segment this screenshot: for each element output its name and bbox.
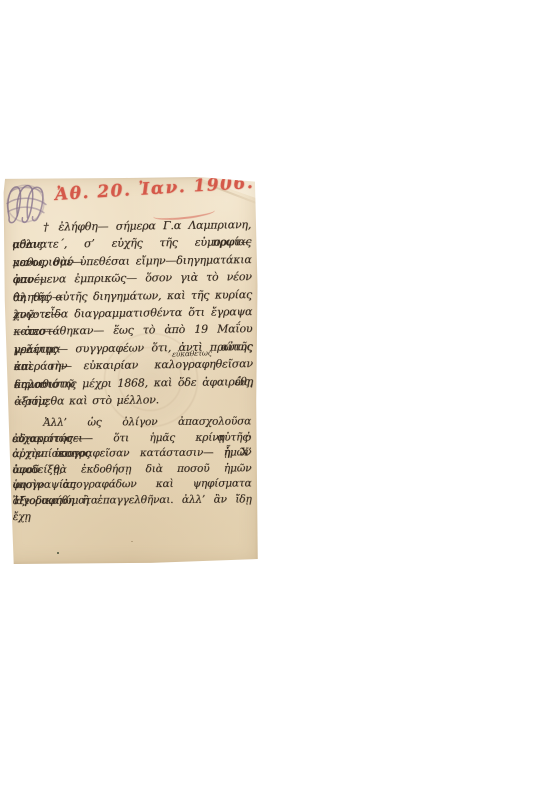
handwritten-line: δημοσιότης μέχρι 1868, καὶ ὅδε ἀφαιρέθη—… [14,373,253,393]
handwritten-line: ἀφοῦ θὰ ἐκδοθήσῃ διὰ ποσοῦ ἡμῶν ὑπογραψί… [12,461,251,478]
scan-background: Ἀθ. 20. Ἰαν. 1906. † ἐλήφθη— σήμερα Γ.α … [0,0,549,800]
handwritten-line: ἀξιόμεθα καὶ στὸ μέλλον. [14,390,253,410]
handwritten-line: εὐχαριστήσει— ὅτι ἡμᾶς κρίνῃ ὁ ἀρχιεπίσκ… [12,430,251,447]
handwritten-line: αὐτὴν ὑπογραφεῖσαν κατάστασιν— ᾗ Χ’ ὑποδ… [12,446,251,463]
scanned-letter-page: Ἀθ. 20. Ἰαν. 1906. † ἐλήφθη— σήμερα Γ.α … [3,177,258,564]
handwritten-line: καὶ τὴν εὐκαιρίαν καλογραφηθεῖσαν καλαθι… [14,355,253,375]
ink-speck [57,552,59,554]
letter-paragraph-1: † ἐλήφθη— σήμερα Γ.α Λαμπριανη, μόλις πρ… [12,216,253,410]
handwritten-line: Ἠγοραφήθη ἢ ἐπαγγελθῆναι. ἀλλ’ ἂν ἴδῃ ἔχ… [13,492,252,509]
interline-insertion: εὐκαθέτως [172,348,212,358]
letter-paragraph-2: Ἀλλ’ ὡς ὀλίγον ἀπασχολοῦσα ἀδιακρίτως— α… [12,414,252,509]
ink-speck [131,541,133,542]
date-line: Ἀθ. 20. Ἰαν. 1906. [54,174,233,205]
handwritten-line: φησὶν ἀπογραφάδων καὶ ψηφίσματα ἀξιοδικα… [12,477,251,494]
handwritten-line: Ἀλλ’ ὡς ὀλίγον ἀπασχολοῦσα ἀδιακρίτως— α… [12,414,251,431]
